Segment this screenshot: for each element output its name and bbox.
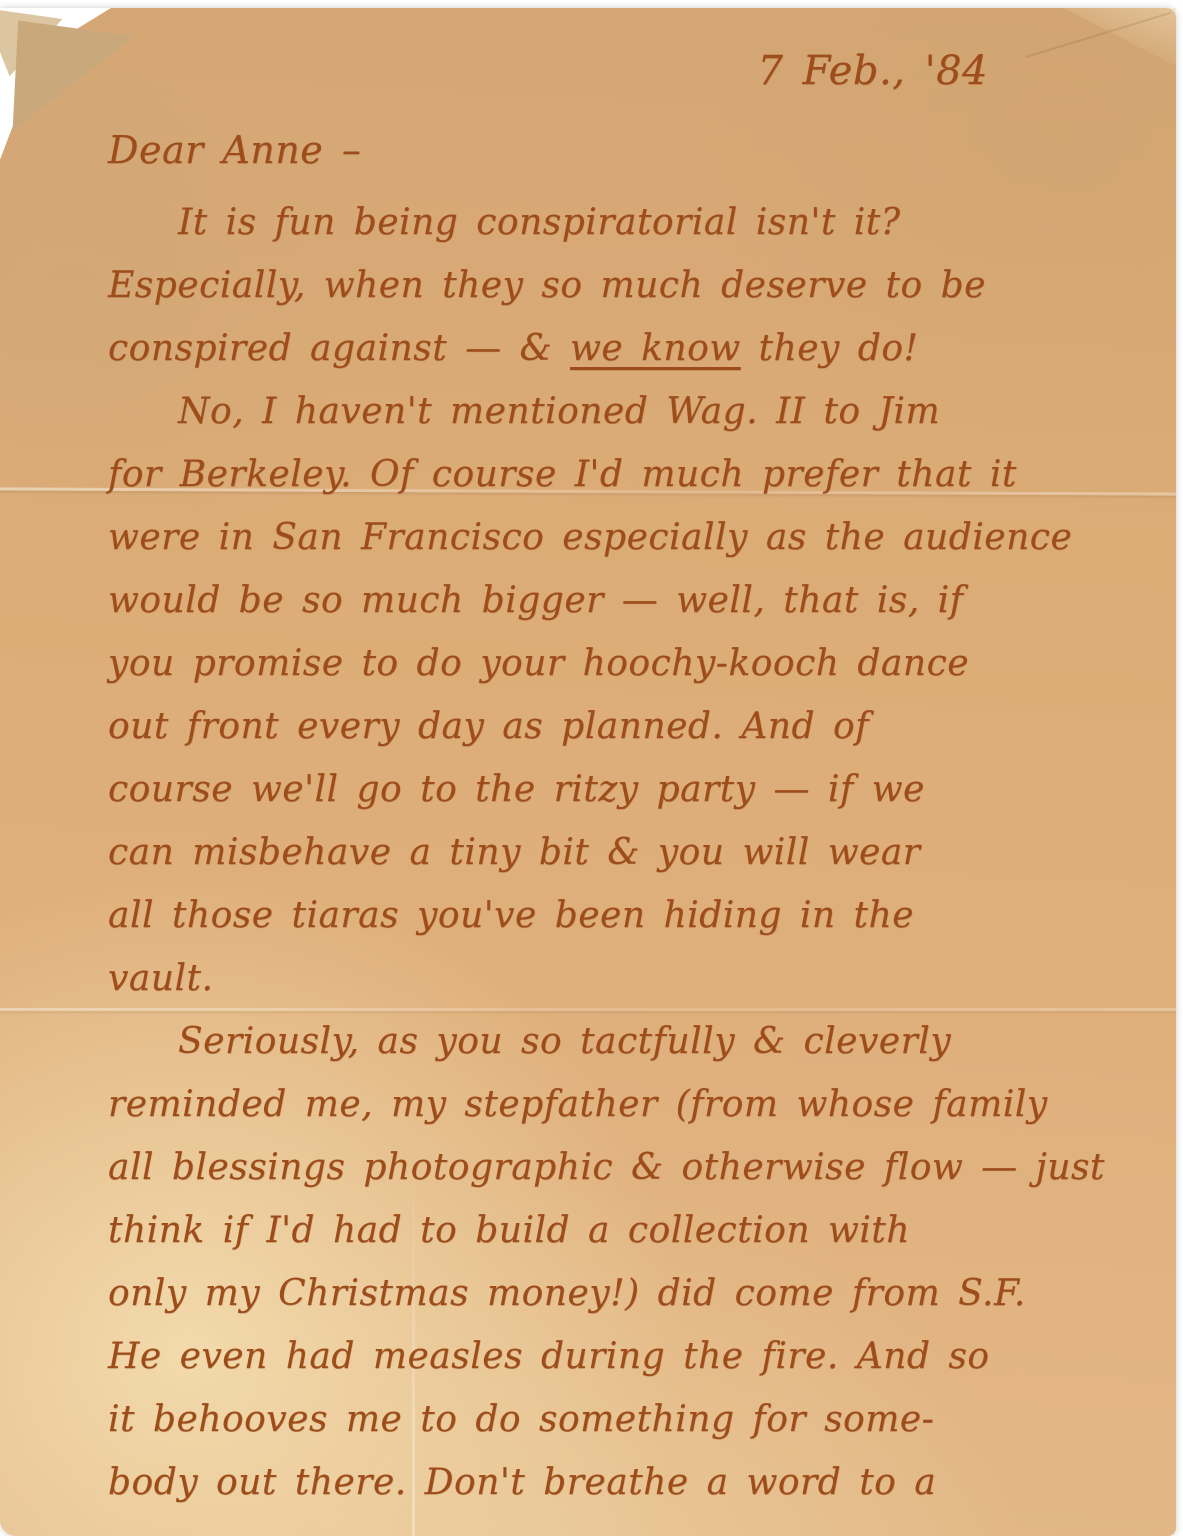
letter-line: were in San Francisco especially as the … bbox=[108, 517, 1138, 580]
letter-line: It is fun being conspiratorial isn't it? bbox=[108, 202, 1138, 265]
underlined-phrase: we know bbox=[570, 328, 741, 369]
letter-line: think if I'd had to build a collection w… bbox=[108, 1210, 1138, 1273]
letter-line: No, I haven't mentioned Wag. II to Jim bbox=[108, 391, 1138, 454]
letter-line: reminded me, my stepfather (from whose f… bbox=[108, 1084, 1138, 1147]
letter-line: Seriously, as you so tactfully & cleverl… bbox=[108, 1021, 1138, 1084]
scanned-letter-page: 7 Feb., '84 Dear Anne – It is fun being … bbox=[0, 0, 1183, 1536]
letter-line-text: they do! bbox=[741, 328, 919, 369]
letter-line: can misbehave a tiny bit & you will wear bbox=[108, 832, 1138, 895]
letter-line: course we'll go to the ritzy party — if … bbox=[108, 769, 1138, 832]
letter-line-text: conspired against — & bbox=[108, 328, 570, 369]
letter-line: all blessings photographic & otherwise f… bbox=[108, 1147, 1138, 1210]
letter-line: out front every day as planned. And of bbox=[108, 706, 1138, 769]
letter-paper: 7 Feb., '84 Dear Anne – It is fun being … bbox=[0, 8, 1176, 1536]
letter-line: vault. bbox=[108, 958, 1138, 1021]
letter-body: 7 Feb., '84 Dear Anne – It is fun being … bbox=[108, 48, 1138, 1525]
letter-date: 7 Feb., '84 bbox=[108, 48, 1138, 128]
letter-line: would be so much bigger — well, that is,… bbox=[108, 580, 1138, 643]
letter-line: it behooves me to do something for some- bbox=[108, 1399, 1138, 1462]
letter-line: for Berkeley. Of course I'd much prefer … bbox=[108, 454, 1138, 517]
letter-line: Especially, when they so much deserve to… bbox=[108, 265, 1138, 328]
letter-line: you promise to do your hoochy-kooch danc… bbox=[108, 643, 1138, 706]
letter-line: all those tiaras you've been hiding in t… bbox=[108, 895, 1138, 958]
letter-line: only my Christmas money!) did come from … bbox=[108, 1273, 1138, 1336]
letter-line: conspired against — & we know they do! bbox=[108, 328, 1138, 391]
salutation: Dear Anne – bbox=[108, 128, 1138, 202]
letter-line: He even had measles during the fire. And… bbox=[108, 1336, 1138, 1399]
letter-line: body out there. Don't breathe a word to … bbox=[108, 1462, 1138, 1525]
